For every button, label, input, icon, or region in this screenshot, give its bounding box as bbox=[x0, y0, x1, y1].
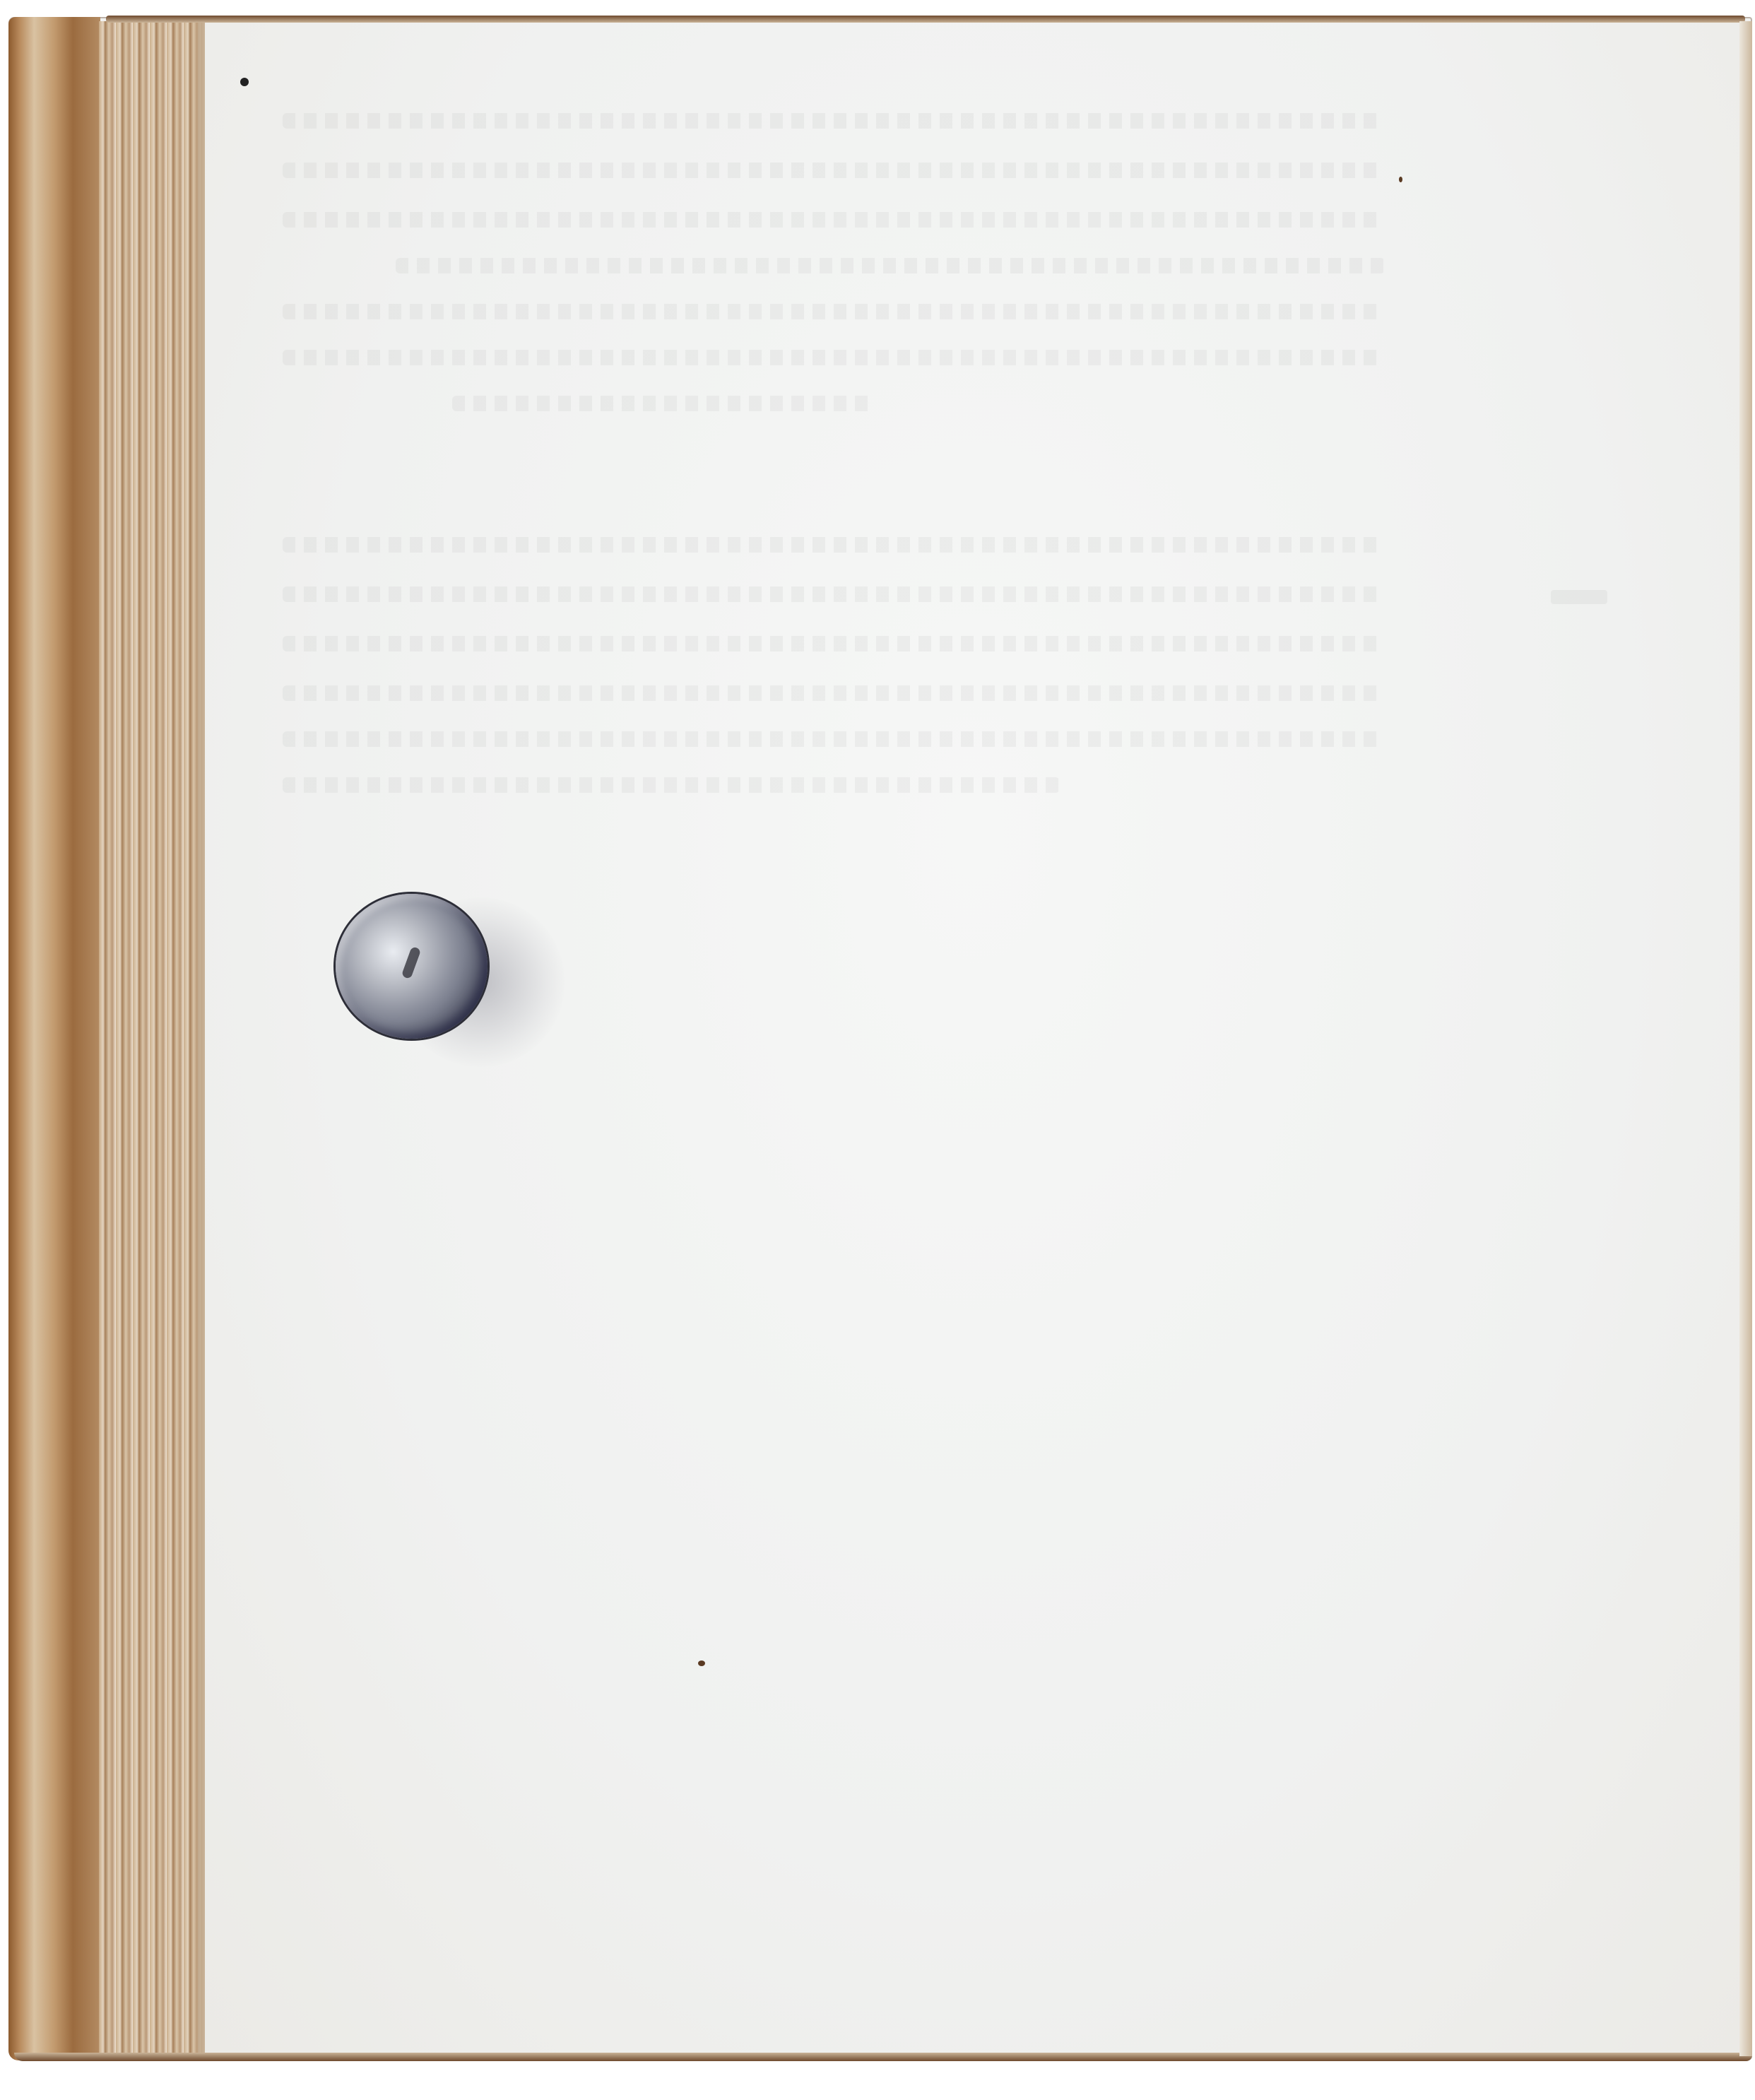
page-edges bbox=[99, 21, 212, 2056]
bleed-through-line bbox=[283, 304, 1385, 319]
bleed-through-line bbox=[452, 396, 876, 411]
bleed-through-line bbox=[283, 731, 1385, 747]
bleed-through-line bbox=[283, 212, 1385, 228]
scan-canvas bbox=[0, 0, 1755, 2100]
bleed-through-line bbox=[283, 537, 1385, 553]
page-fore-edge bbox=[1739, 21, 1752, 2056]
paper-speck bbox=[698, 1660, 705, 1666]
page-top-edge bbox=[106, 16, 1745, 23]
bleed-through-line bbox=[283, 113, 1385, 129]
bleed-through-line bbox=[396, 258, 1385, 273]
metal-weight bbox=[336, 894, 487, 1039]
paper-speck bbox=[1399, 177, 1402, 182]
bleed-through-margin-note bbox=[1551, 590, 1607, 604]
bleed-through-line bbox=[283, 350, 1385, 365]
paper-speck bbox=[240, 78, 249, 86]
page-bottom-edge bbox=[14, 2053, 1752, 2061]
bleed-through-line bbox=[283, 777, 1060, 793]
bleed-through-line bbox=[283, 163, 1385, 178]
bleed-through-line bbox=[283, 636, 1385, 651]
book-cover-edge bbox=[8, 17, 100, 2060]
bleed-through-line bbox=[283, 685, 1385, 701]
bleed-through-line bbox=[283, 586, 1385, 602]
